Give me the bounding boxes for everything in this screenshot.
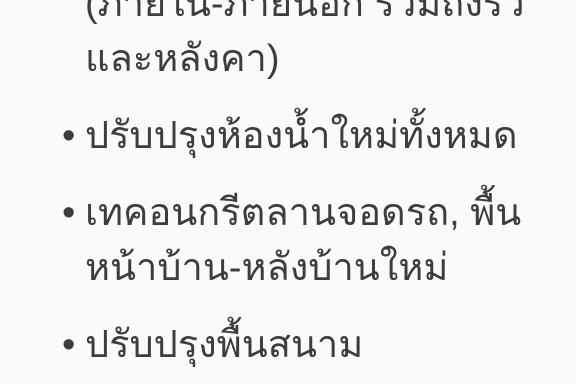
bullet-list: (ภายใน-ภายนอก รวมถึงรั้ว และหลังคา) • ปร… (0, 0, 576, 373)
list-item-text: (ภายใน-ภายนอก รวมถึงรั้ว และหลังคา) (85, 0, 556, 87)
bullet-icon: • (62, 109, 85, 164)
list-item-partial-continuation: (ภายใน-ภายนอก รวมถึงรั้ว และหลังคา) (62, 0, 556, 87)
list-item-text: เทคอนกรีตลานจอดรถ, พื้น หน้าบ้าน-หลังบ้า… (85, 186, 556, 296)
list-item: • ปรับปรุงห้องน้ำใหม่ทั้งหมด (62, 109, 556, 164)
list-item: • เทคอนกรีตลานจอดรถ, พื้น หน้าบ้าน-หลังบ… (62, 186, 556, 296)
list-item: • ปรับปรุงพื้นสนาม (62, 318, 556, 373)
list-item-text: ปรับปรุงพื้นสนาม (85, 318, 556, 373)
bullet-icon: • (62, 186, 85, 241)
bullet-icon: • (62, 318, 85, 373)
document-page: (ภายใน-ภายนอก รวมถึงรั้ว และหลังคา) • ปร… (0, 0, 576, 384)
list-item-text: ปรับปรุงห้องน้ำใหม่ทั้งหมด (85, 109, 556, 164)
